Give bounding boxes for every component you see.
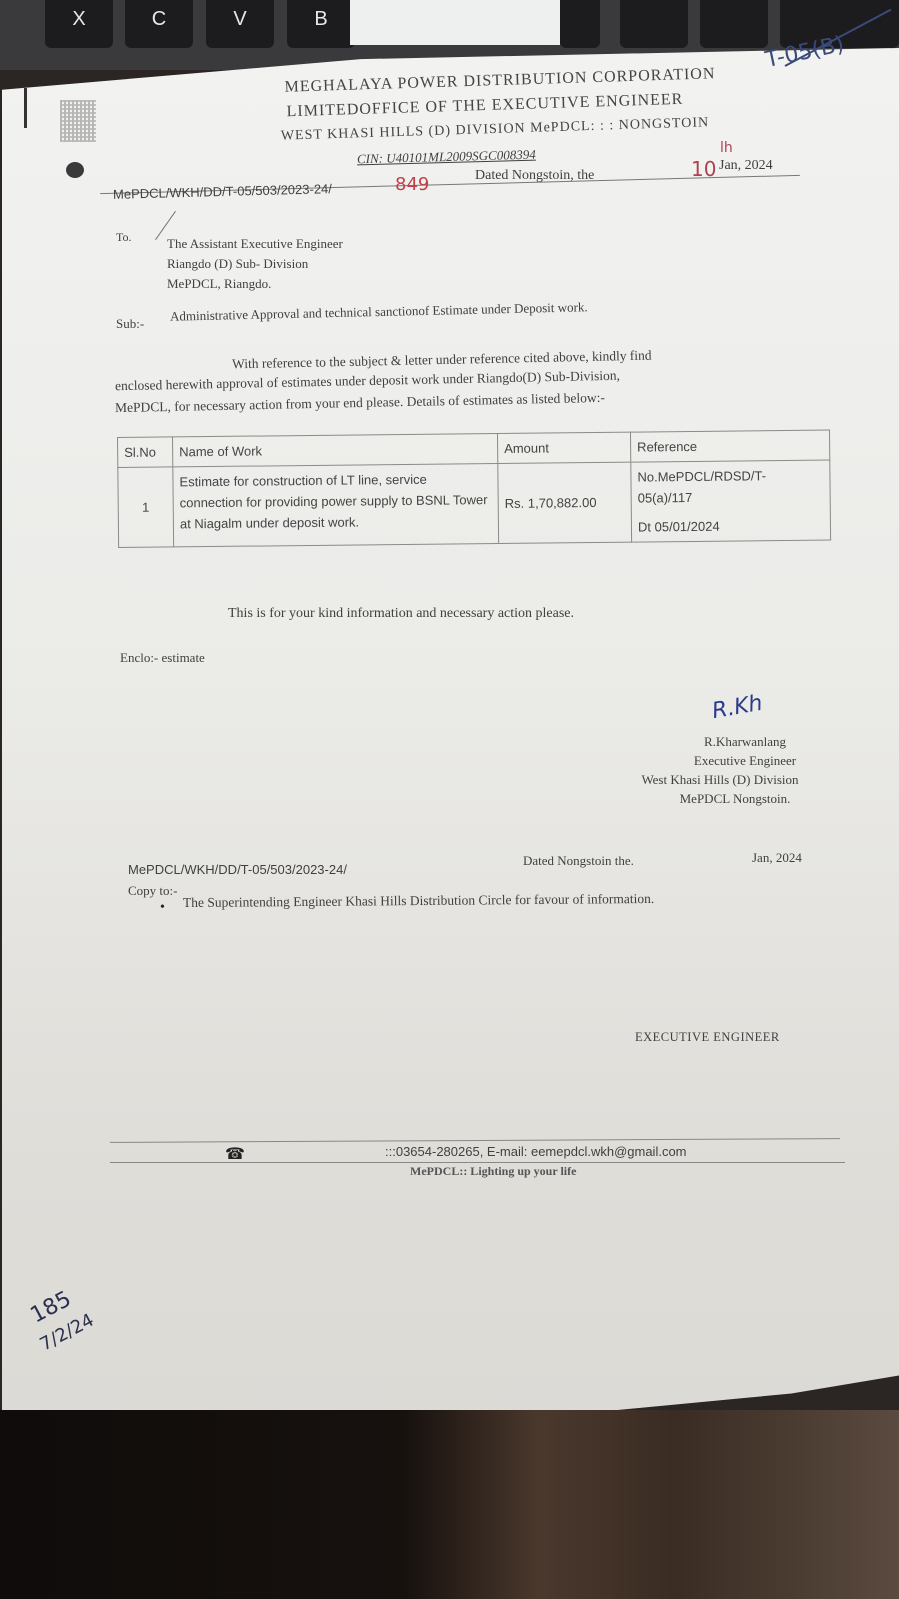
header-slno: Sl.No bbox=[118, 437, 173, 468]
letter-date: Jan, 2024 bbox=[719, 158, 773, 174]
paper-gap bbox=[350, 0, 560, 45]
footer-tagline: MePDCL:: Lighting up your life bbox=[410, 1164, 576, 1179]
header-reference: Reference bbox=[630, 430, 829, 462]
header-amount: Amount bbox=[497, 432, 630, 463]
cell-reference: No.MePDCL/RDSD/T-05(a)/117 Dt 05/01/2024 bbox=[631, 460, 831, 542]
copy-label: Copy to:- bbox=[128, 883, 177, 899]
key-comma bbox=[620, 0, 688, 48]
copy-dated-label: Dated Nongstoin the. bbox=[523, 853, 634, 869]
estimates-table: Sl.No Name of Work Amount Reference 1 Es… bbox=[117, 430, 831, 548]
key-b: B bbox=[287, 0, 355, 48]
company-logo bbox=[60, 100, 96, 142]
key-slash bbox=[700, 0, 768, 48]
to-label: To. bbox=[116, 230, 132, 245]
telephone-icon: ☎ bbox=[225, 1144, 245, 1164]
signatory-name: R.Kharwanlang bbox=[670, 734, 820, 750]
signatory-office: MePDCL Nongstoin. bbox=[650, 791, 820, 807]
cell-amount: Rs. 1,70,882.00 bbox=[498, 462, 632, 543]
subject-label: Sub:- bbox=[116, 316, 144, 332]
copy-sign-title: EXECUTIVE ENGINEER bbox=[635, 1030, 780, 1045]
handwritten-letter-suffix: 849 bbox=[395, 174, 429, 195]
handwritten-date-day: 10 bbox=[691, 157, 716, 181]
recipient-line-3: MePDCL, Riangdo. bbox=[167, 276, 271, 292]
footer-rule-bottom bbox=[110, 1162, 845, 1163]
punch-hole bbox=[66, 162, 84, 178]
copy-date: Jan, 2024 bbox=[752, 850, 802, 866]
reference-date: Dt 05/01/2024 bbox=[638, 515, 824, 538]
reference-number: No.MePDCL/RDSD/T-05(a)/117 bbox=[637, 465, 797, 509]
key-c: C bbox=[125, 0, 193, 48]
signatory-title: Executive Engineer bbox=[660, 753, 830, 769]
key-blank bbox=[560, 0, 600, 48]
recipient-line-1: The Assistant Executive Engineer bbox=[167, 236, 343, 252]
desk-background bbox=[0, 1410, 899, 1599]
table-row: 1 Estimate for construction of LT line, … bbox=[118, 460, 831, 547]
copy-letter-number: MePDCL/WKH/DD/T-05/503/2023-24/ bbox=[128, 862, 347, 877]
header-name-of-work: Name of Work bbox=[173, 434, 498, 467]
dated-label: Dated Nongstoin, the bbox=[475, 168, 594, 184]
key-v: V bbox=[206, 0, 274, 48]
signatory-division: West Khasi Hills (D) Division bbox=[610, 772, 830, 788]
cell-slno: 1 bbox=[118, 467, 174, 548]
closing-line: This is for your kind information and ne… bbox=[228, 606, 574, 622]
footer-contact: :::03654-280265, E-mail: eemepdcl.wkh@gm… bbox=[385, 1144, 687, 1159]
enclosure-line: Enclo:- estimate bbox=[120, 650, 205, 666]
recipient-line-2: Riangdo (D) Sub- Division bbox=[167, 256, 308, 272]
handwritten-initials: lh bbox=[720, 140, 733, 156]
key-x: X bbox=[45, 0, 113, 48]
pen-mark bbox=[24, 88, 27, 128]
cell-name-of-work: Estimate for construction of LT line, se… bbox=[173, 464, 499, 547]
bullet-icon: • bbox=[160, 900, 165, 916]
